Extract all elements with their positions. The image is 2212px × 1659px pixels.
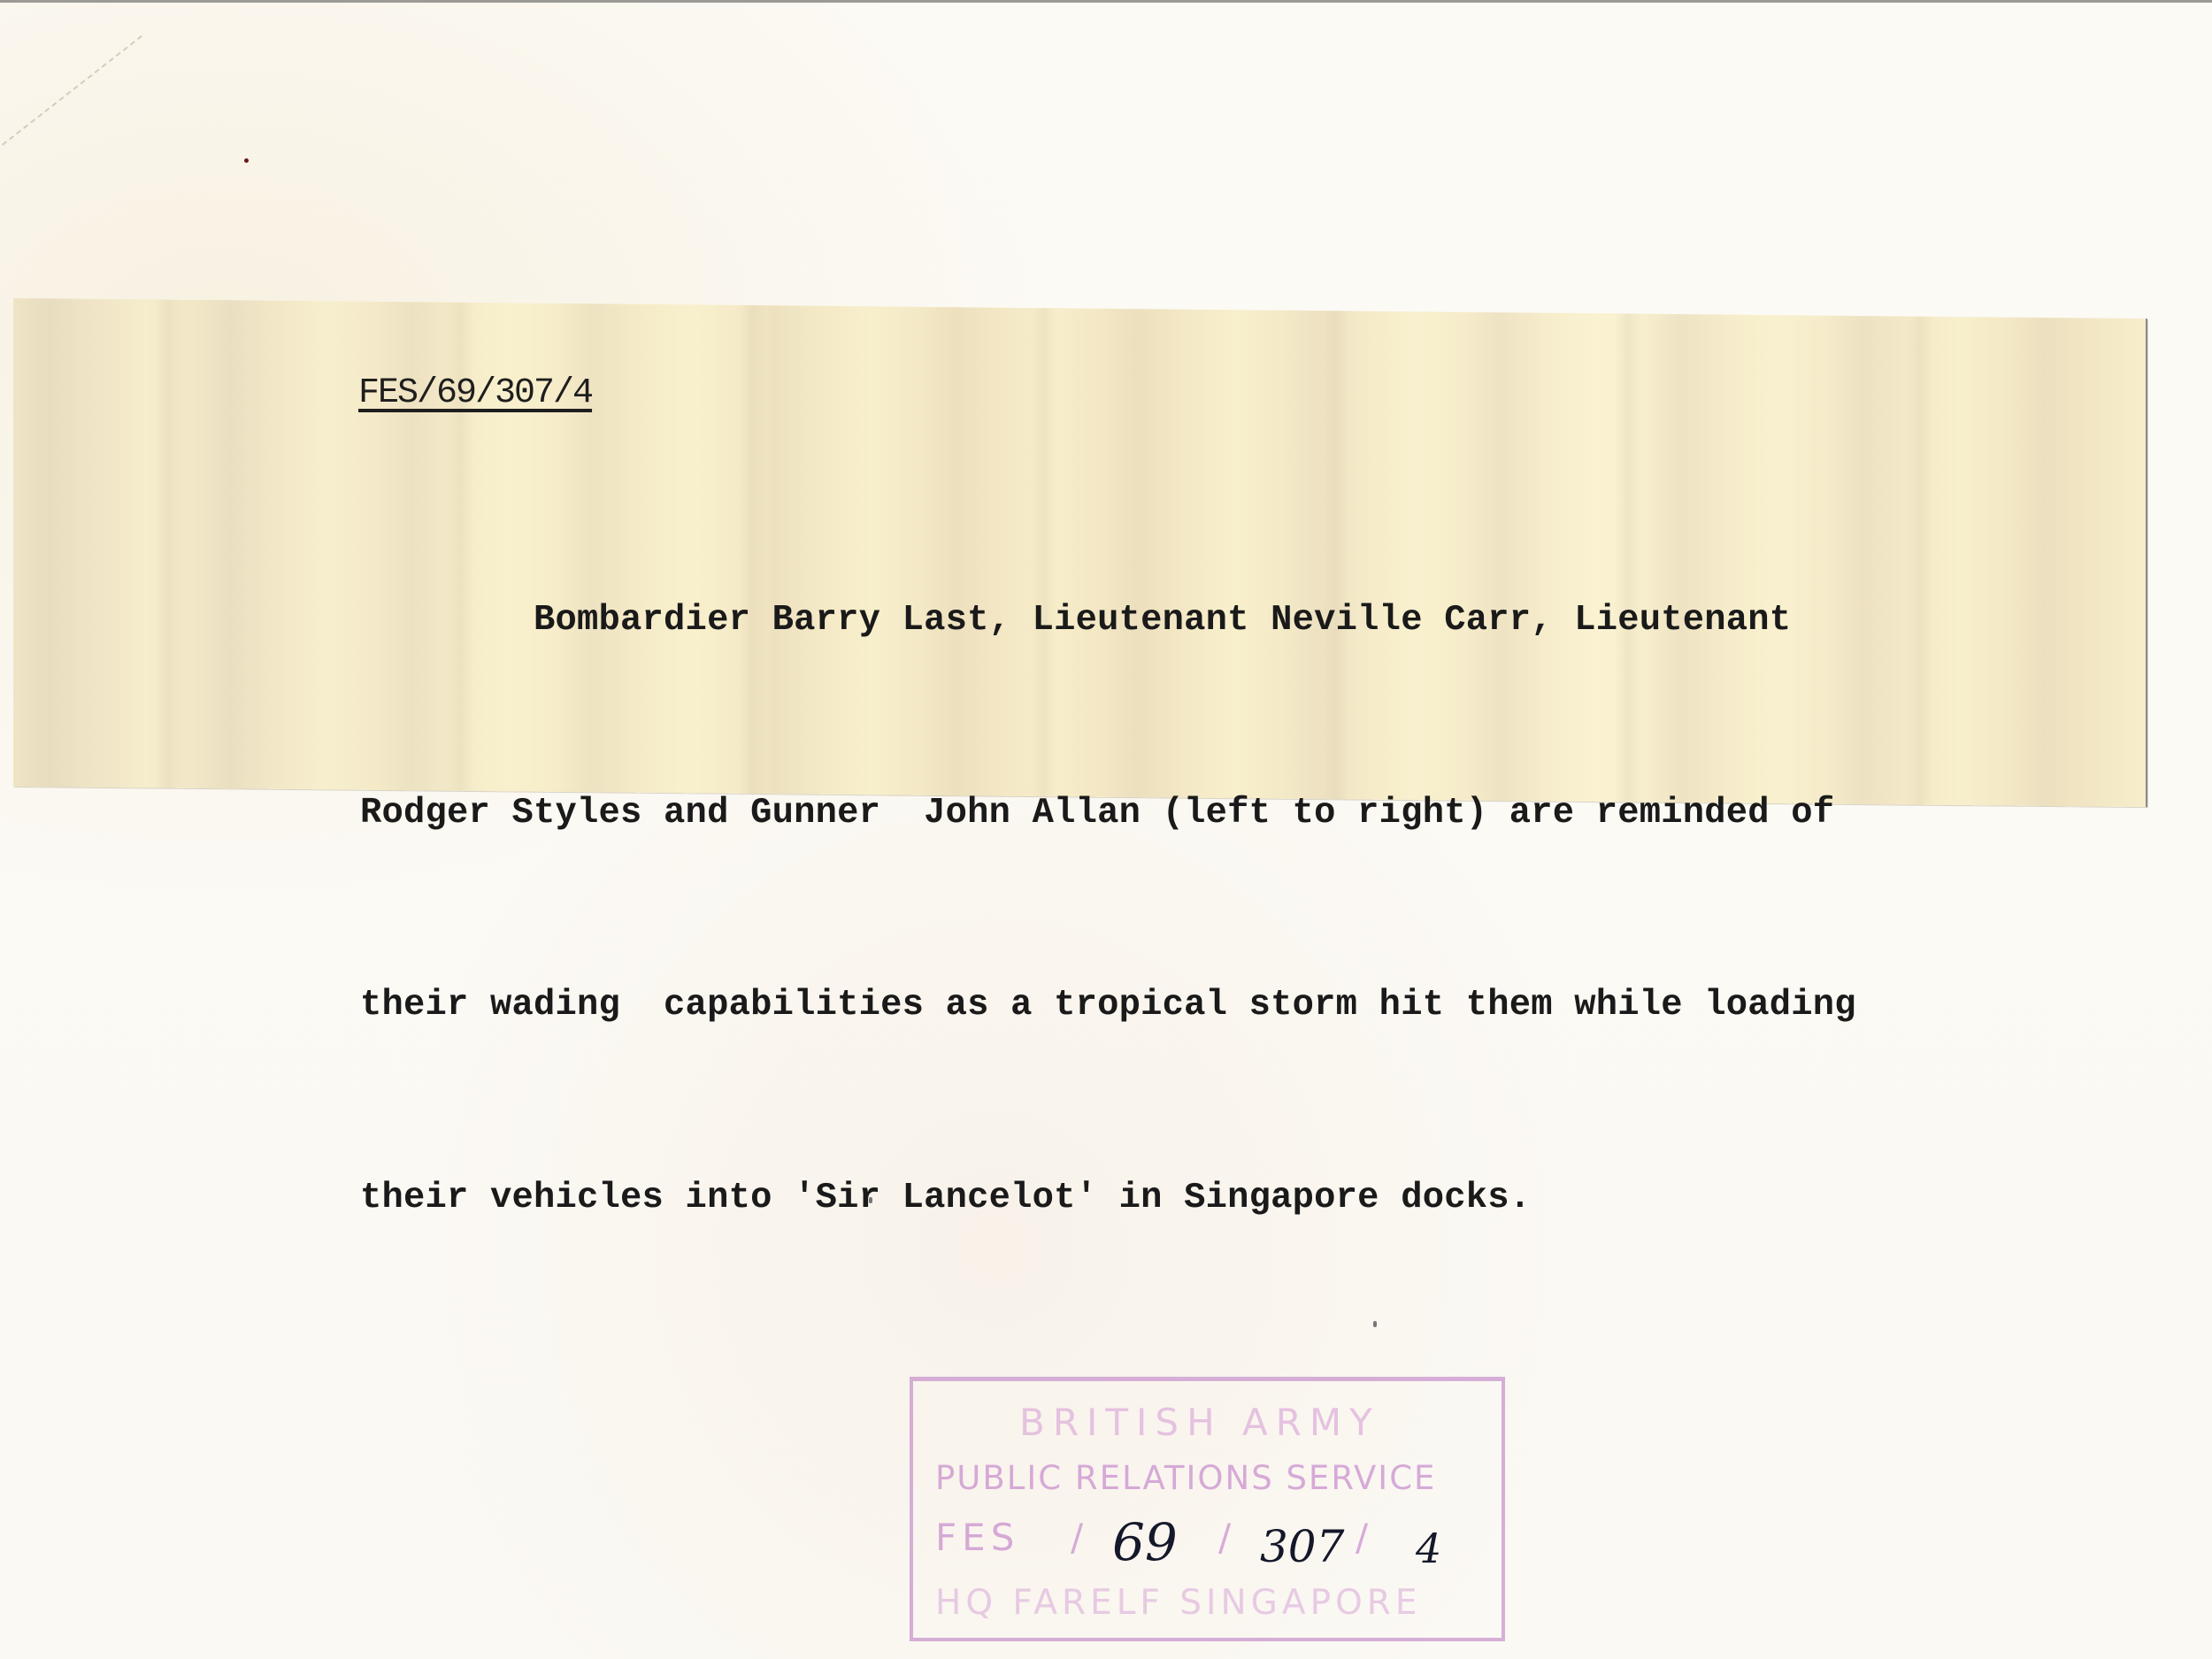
caption-line: their wading capabilities as a tropical … bbox=[360, 973, 1856, 1038]
caption-line: their vehicles into 'Sir Lancelot' in Si… bbox=[360, 1166, 1856, 1231]
stamp-slash: / bbox=[1071, 1516, 1083, 1559]
corner-crease bbox=[2, 35, 229, 257]
stamp-line-location: HQ FARELF SINGAPORE bbox=[935, 1583, 1422, 1623]
stamp-slash: / bbox=[1218, 1516, 1231, 1559]
stamp-line-service: PUBLIC RELATIONS SERVICE bbox=[935, 1459, 1436, 1497]
caption-line: Rodger Styles and Gunner John Allan (lef… bbox=[360, 781, 1856, 846]
stamp-line-organization: BRITISH ARMY bbox=[1019, 1401, 1380, 1444]
caption-text: Bombardier Barry Last, Lieutenant Nevill… bbox=[360, 460, 1856, 1294]
handwritten-sub: 4 bbox=[1416, 1525, 1441, 1572]
handwritten-serial: 307 bbox=[1260, 1521, 1344, 1572]
public-relations-stamp: BRITISH ARMY PUBLIC RELATIONS SERVICE FE… bbox=[910, 1377, 1505, 1641]
caption-line: Bombardier Barry Last, Lieutenant Nevill… bbox=[360, 588, 1856, 653]
stamp-slash: / bbox=[1356, 1516, 1368, 1559]
stamp-line-prefix: FES bbox=[935, 1516, 1019, 1559]
ink-speck bbox=[244, 158, 249, 163]
reference-number: FES/69/307/4 bbox=[358, 373, 592, 413]
dust-speck bbox=[1373, 1321, 1377, 1327]
handwritten-year: 69 bbox=[1112, 1512, 1178, 1572]
